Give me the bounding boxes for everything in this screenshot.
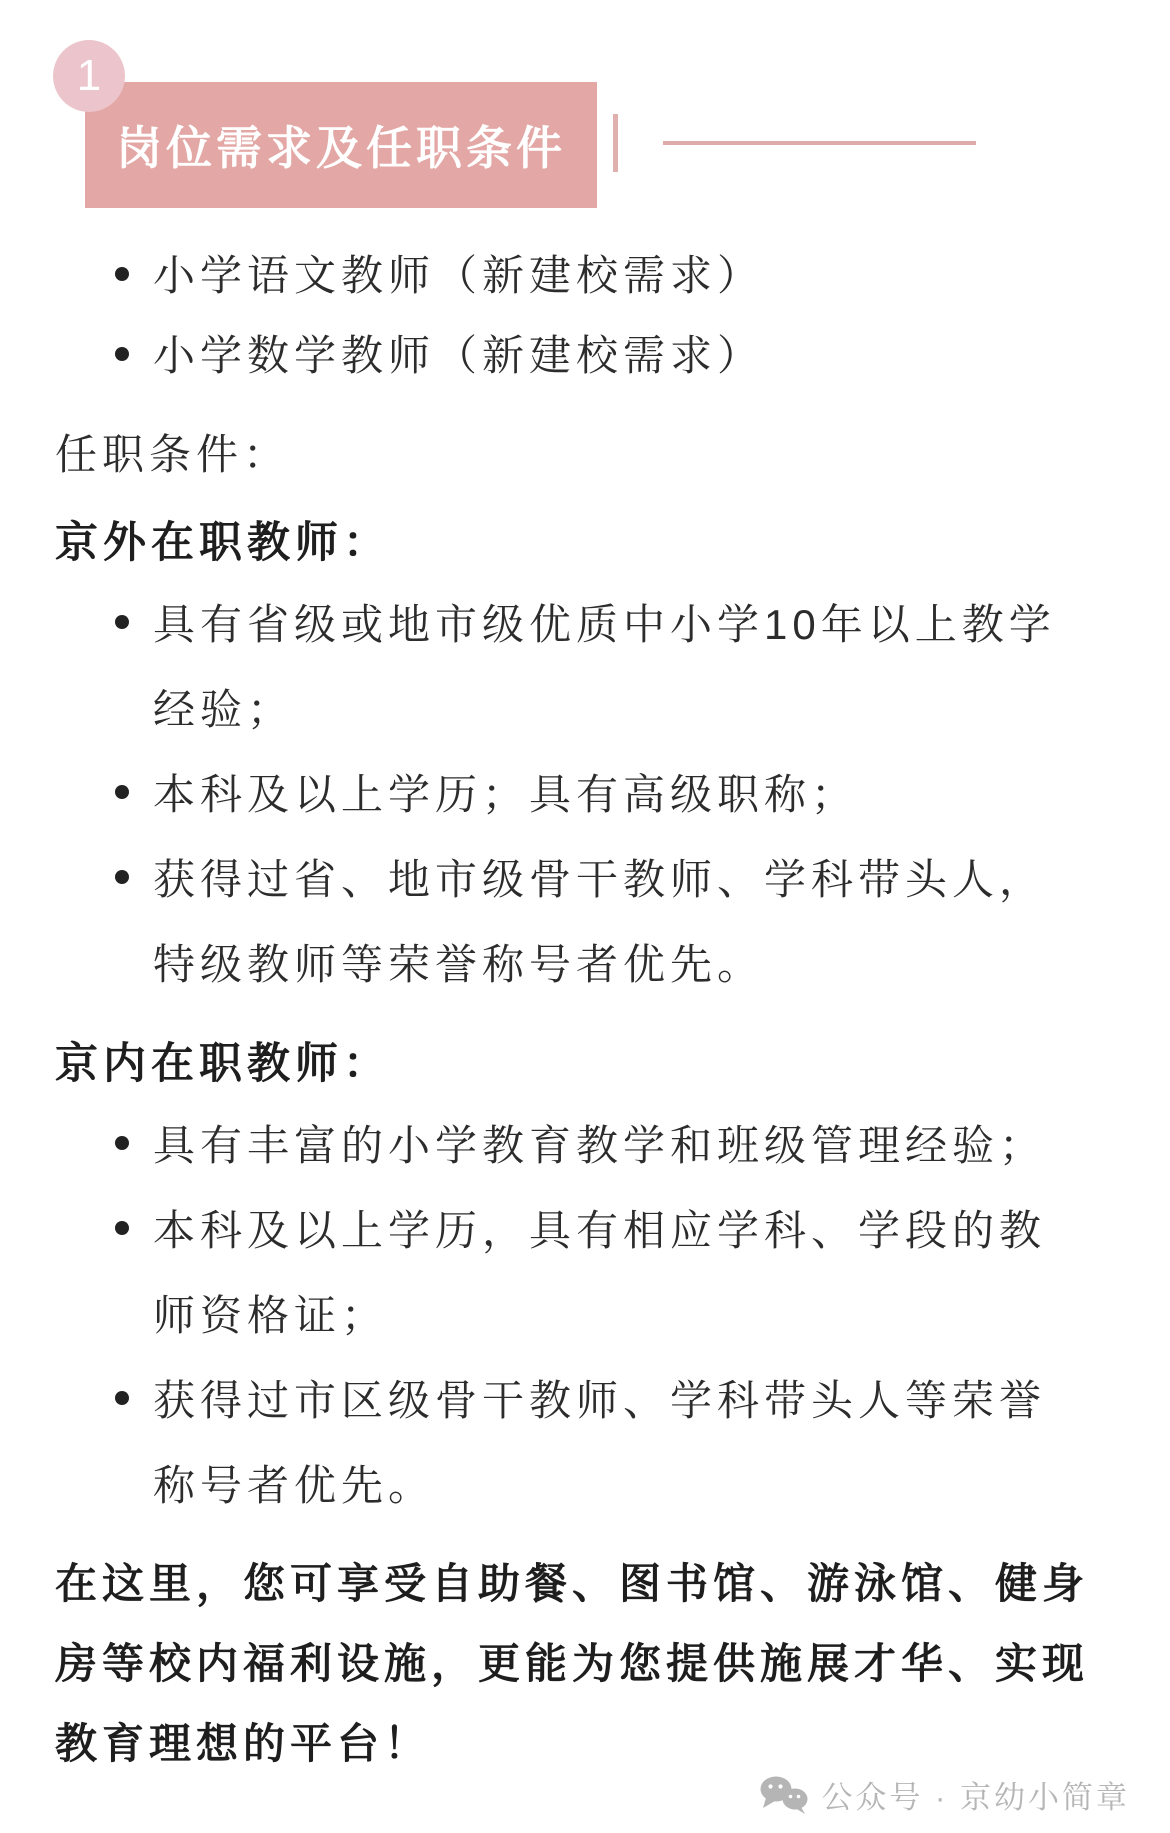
requirement-item: 本科及以上学历；具有高级职称； <box>115 752 1115 837</box>
requirement-text: 本科及以上学历；具有高级职称； <box>153 752 858 837</box>
bullet-icon <box>115 1391 129 1405</box>
job-item-text: 小学语文教师（新建校需求） <box>153 236 764 316</box>
job-item: 小学数学教师（新建校需求） <box>115 316 1115 396</box>
closing-paragraph: 在这里，您可享受自助餐、图书馆、游泳馆、健身 房等校内福利设施，更能为您提供施展… <box>55 1544 1115 1784</box>
title-divider-line <box>663 141 976 145</box>
requirement-text: 获得过市区级骨干教师、学科带头人等荣誉 称号者优先。 <box>153 1358 1046 1528</box>
requirement-item: 本科及以上学历，具有相应学科、学段的教 师资格证； <box>115 1188 1115 1358</box>
bullet-icon <box>115 1221 129 1235</box>
bullet-icon <box>115 785 129 799</box>
requirement-item: 具有省级或地市级优质中小学10年以上教学 经验； <box>115 582 1115 752</box>
group-heading-inside-beijing: 京内在职教师： <box>55 1031 1115 1097</box>
bullet-icon <box>115 347 129 361</box>
requirement-text: 获得过省、地市级骨干教师、学科带头人， 特级教师等荣誉称号者优先。 <box>153 837 1046 1007</box>
requirement-text: 具有丰富的小学教育教学和班级管理经验； <box>153 1103 1046 1188</box>
page: { "header": { "badge_number": "1", "titl… <box>0 0 1170 1833</box>
section-number-badge: 1 <box>53 40 125 112</box>
watermark-text: 公众号 · 京幼小简章 <box>821 1772 1130 1817</box>
section-header: 1 岗位需求及任职条件 <box>0 0 1170 208</box>
job-list: 小学语文教师（新建校需求） 小学数学教师（新建校需求） <box>115 236 1115 396</box>
title-divider-bar <box>613 114 618 172</box>
group-heading-outside-beijing: 京外在职教师： <box>55 510 1115 576</box>
wechat-logo-icon <box>759 1775 809 1815</box>
requirement-text: 具有省级或地市级优质中小学10年以上教学 经验； <box>153 582 1056 752</box>
requirement-item: 获得过省、地市级骨干教师、学科带头人， 特级教师等荣誉称号者优先。 <box>115 837 1115 1007</box>
watermark: 公众号 · 京幼小简章 <box>759 1772 1130 1817</box>
requirement-list-outside-beijing: 具有省级或地市级优质中小学10年以上教学 经验； 本科及以上学历；具有高级职称；… <box>115 582 1115 1007</box>
article-body: 小学语文教师（新建校需求） 小学数学教师（新建校需求） 任职条件： 京外在职教师… <box>0 236 1170 1784</box>
badge-number: 1 <box>77 51 101 101</box>
section-title: 岗位需求及任职条件 <box>116 112 566 178</box>
bullet-icon <box>115 870 129 884</box>
bullet-icon <box>115 1136 129 1150</box>
requirement-text: 本科及以上学历，具有相应学科、学段的教 师资格证； <box>153 1188 1046 1358</box>
section-title-box: 岗位需求及任职条件 <box>85 82 597 208</box>
requirement-list-inside-beijing: 具有丰富的小学教育教学和班级管理经验； 本科及以上学历，具有相应学科、学段的教 … <box>115 1103 1115 1528</box>
requirement-item: 具有丰富的小学教育教学和班级管理经验； <box>115 1103 1115 1188</box>
conditions-label: 任职条件： <box>55 424 1115 486</box>
requirement-item: 获得过市区级骨干教师、学科带头人等荣誉 称号者优先。 <box>115 1358 1115 1528</box>
bullet-icon <box>115 267 129 281</box>
job-item-text: 小学数学教师（新建校需求） <box>153 316 764 396</box>
job-item: 小学语文教师（新建校需求） <box>115 236 1115 316</box>
bullet-icon <box>115 615 129 629</box>
